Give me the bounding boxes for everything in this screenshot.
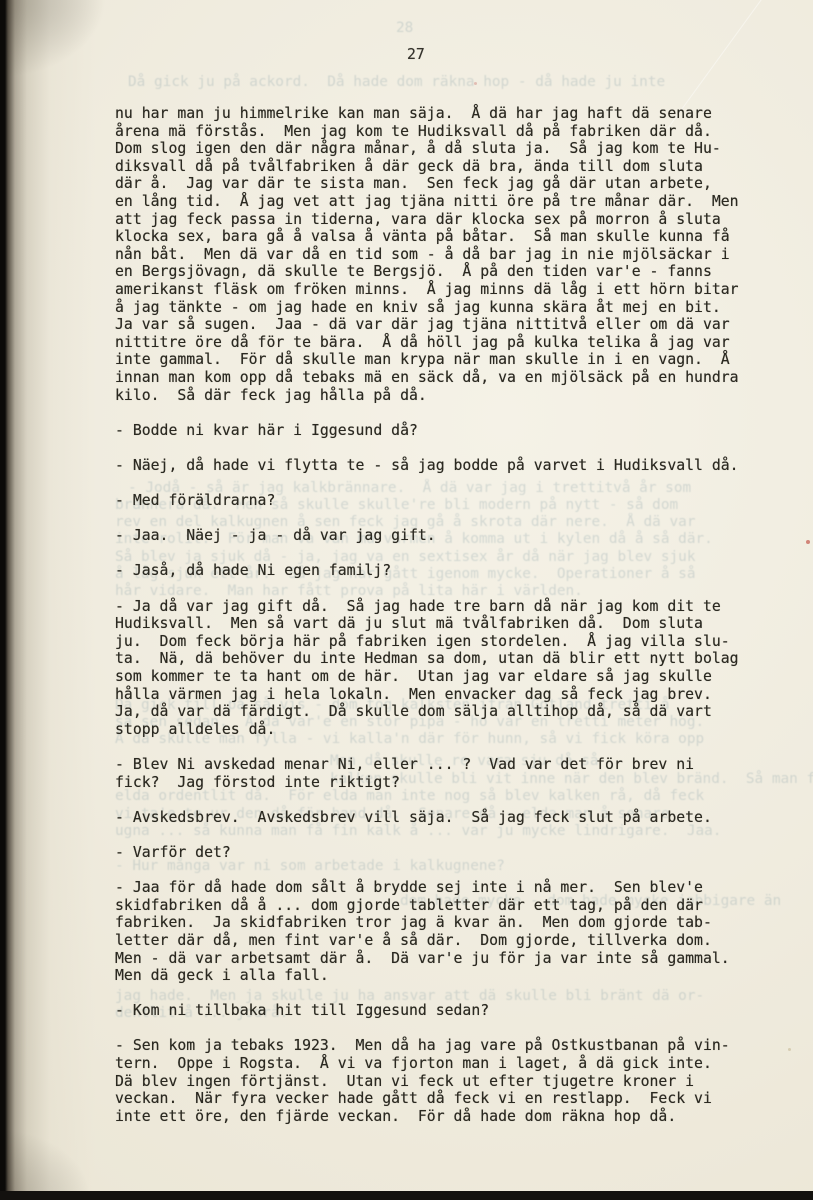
interview-answer: - Näej, då hade vi flytta te - så jag bo… — [115, 457, 760, 475]
interview-question: - Varför det? — [115, 844, 760, 862]
interview-answer: nu har man ju himmelrike kan man säja. Å… — [115, 105, 760, 404]
scanned-page: 28Då gick ju på ackord. Då hade dom räkn… — [0, 0, 813, 1200]
interview-answer: - Sen kom ja tebaks 1923. Men då ha jag … — [115, 1037, 760, 1125]
interview-answer: - Jaa. Näej - ja - då var jag gift. — [115, 527, 760, 545]
interview-question: - Blev Ni avskedad menar Ni, eller ... ?… — [115, 756, 760, 791]
interview-answer: - Avskedsbrev. Avskedsbrev vill säja. Så… — [115, 809, 760, 827]
scan-edge-bottom — [0, 1191, 813, 1200]
interview-answer: - Ja då var jag gift då. Så jag hade tre… — [115, 598, 760, 739]
book-binding-shadow — [0, 0, 95, 1200]
transcript-text-block: nu har man ju himmelrike kan man säja. Å… — [115, 105, 760, 1125]
interview-question: - Jaså, då hade Ni egen familj? — [115, 562, 760, 580]
interview-answer: - Jaa för då hade dom sålt å brydde sej … — [115, 879, 760, 985]
interview-question: - Med föräldrarna? — [115, 492, 760, 510]
page-number: 27 — [407, 46, 425, 63]
interview-question: - Bodde ni kvar här i Iggesund då? — [115, 422, 760, 440]
interview-question: - Kom ni tillbaka hit till Iggesund seda… — [115, 1002, 760, 1020]
paper-speck — [474, 82, 477, 85]
paper-speck — [788, 1048, 791, 1051]
paper-speck — [806, 540, 810, 544]
